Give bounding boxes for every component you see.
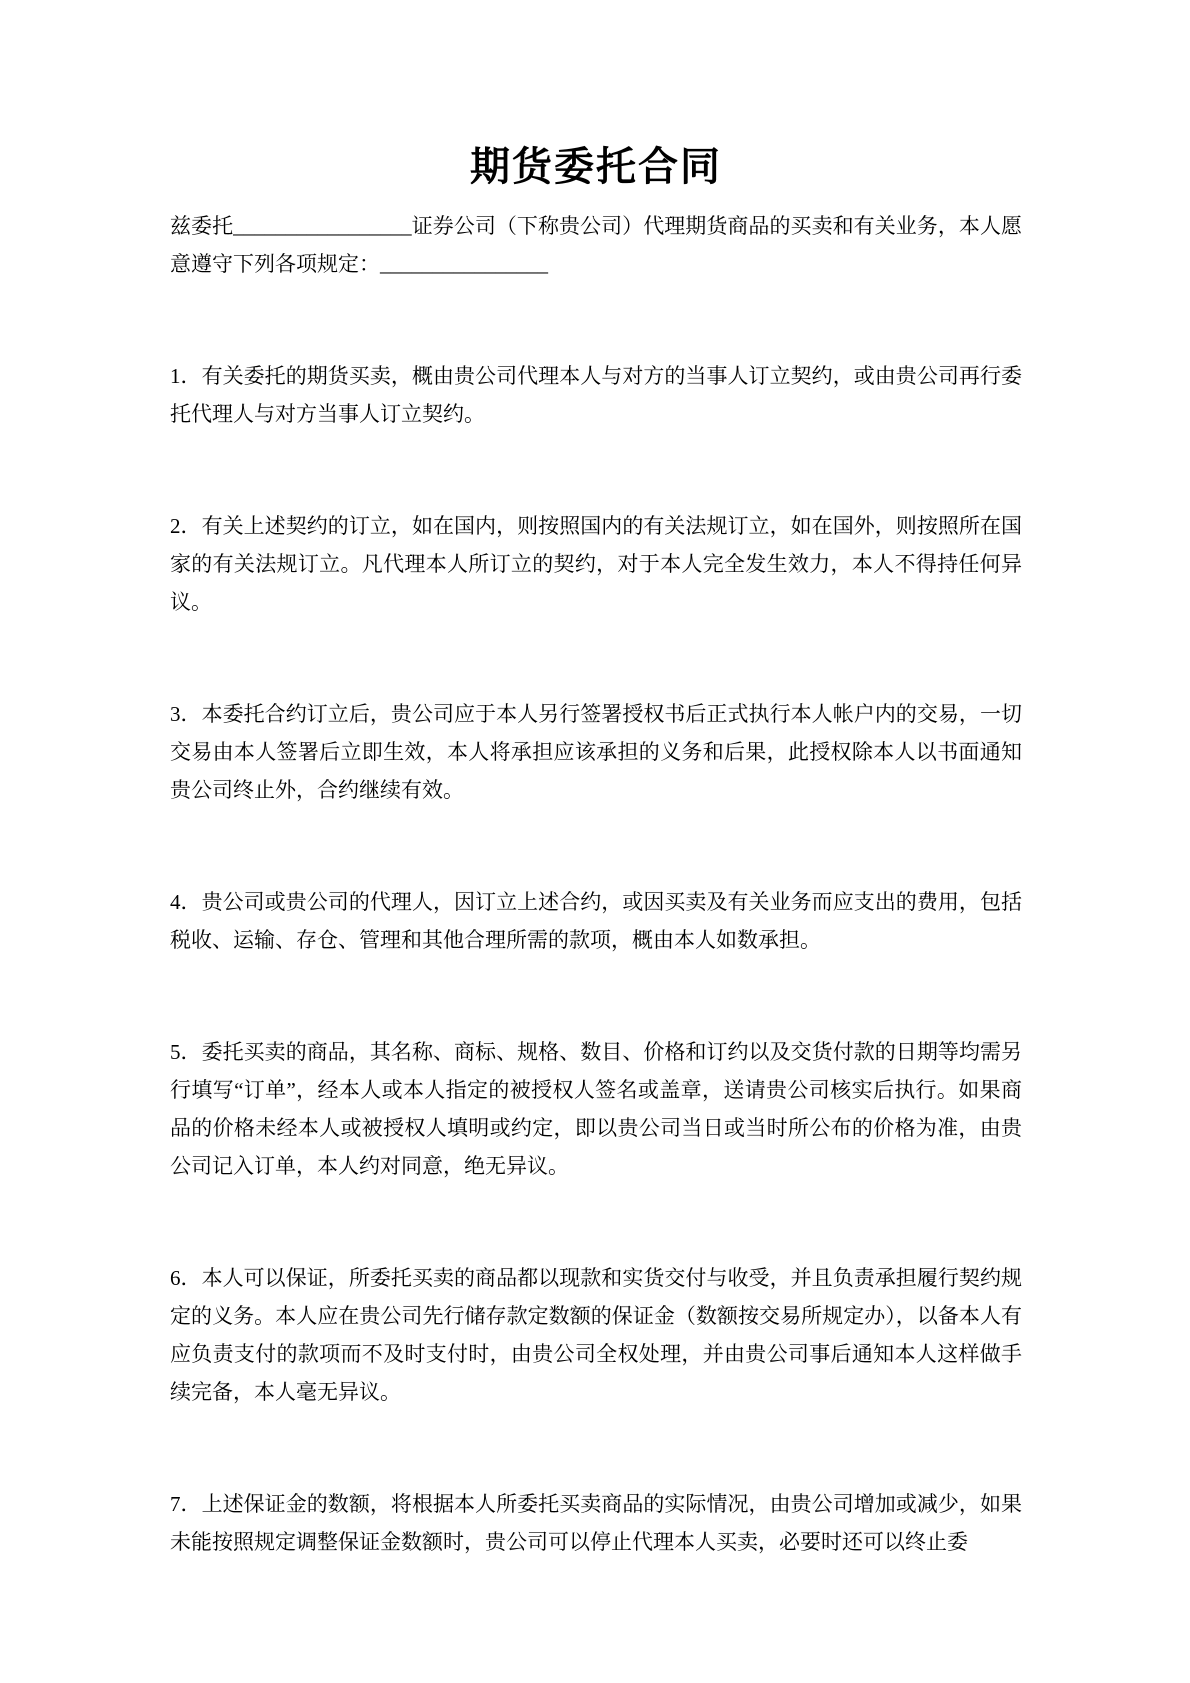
clause-1: 1．有关委托的期货买卖，概由贵公司代理本人与对方的当事人订立契约，或由贵公司再行… (170, 357, 1022, 433)
intro-paragraph: 兹委托_________________证券公司（下称贵公司）代理期货商品的买卖… (170, 207, 1022, 283)
company-name-blank: _________________ (233, 214, 412, 238)
clause-4: 4．贵公司或贵公司的代理人，因订立上述合约，或因买卖及有关业务而应支出的费用，包… (170, 883, 1022, 959)
clause-2: 2．有关上述契约的订立，如在国内，则按照国内的有关法规订立，如在国外，则按照所在… (170, 507, 1022, 621)
rules-blank: ________________ (380, 252, 548, 276)
clause-7: 7．上述保证金的数额，将根据本人所委托买卖商品的实际情况，由贵公司增加或减少，如… (170, 1485, 1022, 1561)
page-title: 期货委托合同 (170, 141, 1022, 193)
document-page: 期货委托合同 兹委托_________________证券公司（下称贵公司）代理… (0, 0, 1190, 1683)
intro-lead-text: 兹委托 (170, 214, 233, 238)
clause-5: 5．委托买卖的商品，其名称、商标、规格、数目、价格和订约以及交货付款的日期等均需… (170, 1033, 1022, 1185)
clause-6: 6．本人可以保证，所委托买卖的商品都以现款和实货交付与收受，并且负责承担履行契约… (170, 1259, 1022, 1411)
clause-3: 3．本委托合约订立后，贵公司应于本人另行签署授权书后正式执行本人帐户内的交易，一… (170, 695, 1022, 809)
